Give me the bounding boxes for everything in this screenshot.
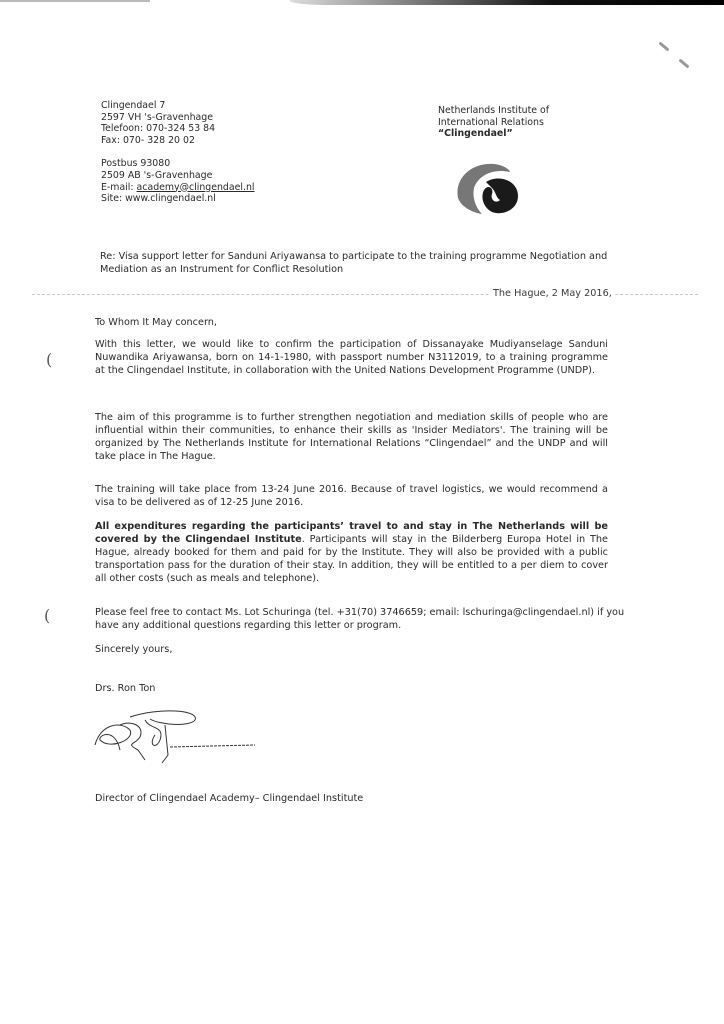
phone: Telefoon: 070-324 53 84 — [101, 123, 255, 135]
scan-edge-shadow — [290, 0, 724, 5]
postal-city: 2597 VH 's-Gravenhage — [101, 112, 255, 124]
letter-subject: Re: Visa support letter for Sanduni Ariy… — [100, 250, 610, 276]
closing: Sincerely yours, — [95, 643, 608, 656]
paragraph-expenditures: All expenditures regarding the participa… — [95, 520, 608, 585]
paragraph-dates: The training will take place from 13-24 … — [95, 483, 608, 509]
paragraph-contact: Please feel free to contact Ms. Lot Schu… — [95, 606, 625, 632]
place-date: The Hague, 2 May 2016, — [490, 288, 615, 299]
institute-line2: International Relations — [438, 117, 549, 129]
institute-line1: Netherlands Institute of — [438, 105, 549, 117]
sender-address: Clingendael 7 2597 VH 's-Gravenhage Tele… — [101, 100, 255, 205]
signer-title: Director of Clingendael Academy– Clingen… — [95, 792, 608, 805]
institute-name: “Clingendael” — [438, 128, 549, 140]
scan-edge-mark — [0, 0, 150, 2]
signer-name: Drs. Ron Ton — [95, 682, 608, 695]
po-postal-city: 2509 AB 's-Gravenhage — [101, 170, 255, 182]
email-link[interactable]: academy@clingendael.nl — [137, 182, 255, 193]
scan-mark: ( — [44, 606, 50, 625]
street: Clingendael 7 — [101, 100, 255, 112]
site: Site: www.clingendael.nl — [101, 193, 255, 205]
signature-icon — [90, 705, 270, 765]
staple-mark — [658, 41, 669, 51]
institute-header: Netherlands Institute of International R… — [438, 105, 549, 140]
email-line: E-mail: academy@clingendael.nl — [101, 182, 255, 194]
fax: Fax: 070- 328 20 02 — [101, 135, 255, 147]
email-label: E-mail: — [101, 182, 137, 193]
staple-mark — [678, 58, 689, 68]
salutation: To Whom It May concern, — [95, 316, 608, 329]
clingendael-logo-icon — [452, 158, 522, 218]
po-box: Postbus 93080 — [101, 158, 255, 170]
paragraph-confirmation: With this letter, we would like to confi… — [95, 338, 608, 377]
scan-mark: ( — [46, 350, 52, 369]
paragraph-aim: The aim of this programme is to further … — [95, 411, 608, 463]
